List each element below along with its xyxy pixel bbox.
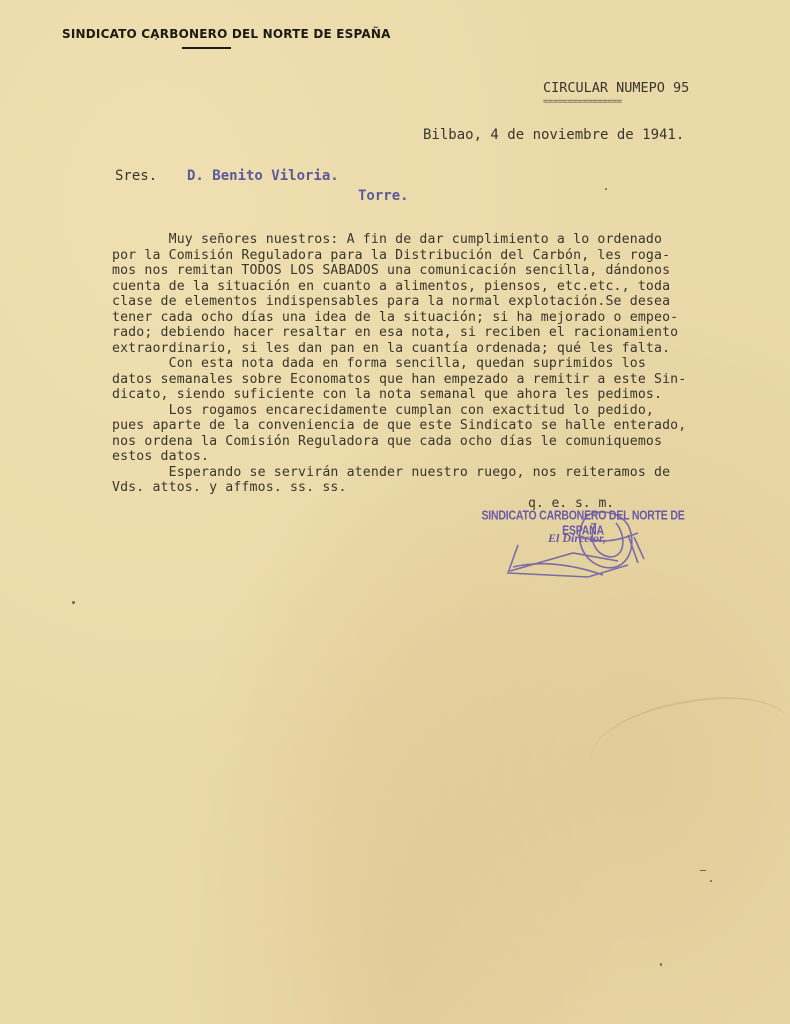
letter-page: SINDICATO CARBONERO DEL NORTE DE ESPAÑA … bbox=[0, 0, 790, 1024]
body-line: tener cada ocho días una idea de la situ… bbox=[112, 310, 772, 326]
circular-underline: ================ bbox=[543, 97, 622, 107]
body-line: por la Comisión Reguladora para la Distr… bbox=[112, 248, 772, 264]
body-line: Vds. attos. y affmos. ss. ss. bbox=[112, 480, 772, 496]
body-line: clase de elementos indispensables para l… bbox=[112, 294, 772, 310]
paper-speck bbox=[155, 38, 157, 40]
body-line: estos datos. bbox=[112, 449, 772, 465]
salutation-label: Sres. bbox=[115, 168, 157, 184]
body-line: pues aparte de la conveniencia de que es… bbox=[112, 418, 772, 434]
official-stamp: SINDICATO CARBONERO DEL NORTE DE ESPAÑA … bbox=[478, 505, 688, 590]
stamp-role: El Director, bbox=[548, 531, 606, 546]
paper-speck bbox=[710, 880, 712, 882]
body-line: nos ordena la Comisión Reguladora que ca… bbox=[112, 434, 772, 450]
water-stain bbox=[586, 690, 790, 792]
body-line: rado; debiendo hacer resaltar en esa not… bbox=[112, 325, 772, 341]
body-line: Muy señores nuestros: A fin de dar cumpl… bbox=[112, 232, 772, 248]
letter-date: Bilbao, 4 de noviembre de 1941. bbox=[423, 127, 684, 143]
body-line: datos semanales sobre Economatos que han… bbox=[112, 372, 772, 388]
letterhead-organization: SINDICATO CARBONERO DEL NORTE DE ESPAÑA bbox=[62, 27, 391, 41]
circular-number: CIRCULAR NUMEPO 95 bbox=[543, 80, 689, 96]
body-line: dicato, siendo suficiente con la nota se… bbox=[112, 387, 772, 403]
paper-speck bbox=[660, 963, 662, 966]
body-line: mos nos remitan TODOS LOS SABADOS una co… bbox=[112, 263, 772, 279]
body-line: cuenta de la situación en cuanto a alime… bbox=[112, 279, 772, 295]
body-line: extraordinario, si les dan pan en la cua… bbox=[112, 341, 772, 357]
letter-body: Muy señores nuestros: A fin de dar cumpl… bbox=[112, 232, 772, 496]
paper-speck bbox=[700, 870, 706, 871]
body-line: Con esta nota dada en forma sencilla, qu… bbox=[112, 356, 772, 372]
recipient-place: Torre. bbox=[358, 188, 409, 204]
paper-speck bbox=[605, 188, 607, 190]
recipient-name: D. Benito Viloria. bbox=[187, 168, 339, 184]
paper-speck bbox=[72, 601, 75, 604]
body-line: Esperando se servirán atender nuestro ru… bbox=[112, 465, 772, 481]
letterhead-underline bbox=[182, 47, 231, 49]
body-line: Los rogamos encarecidamente cumplan con … bbox=[112, 403, 772, 419]
